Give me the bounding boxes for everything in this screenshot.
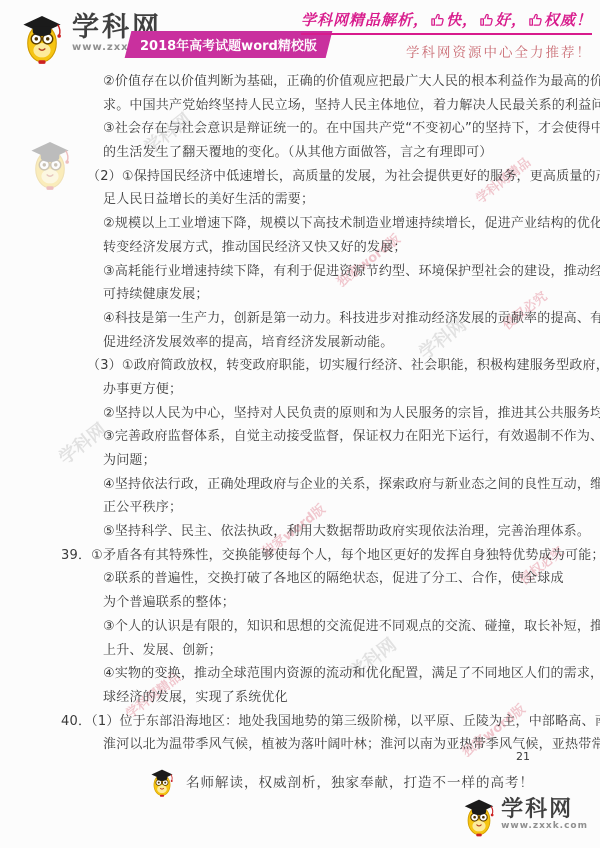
text-line: 40．（1）位于东部沿海地区：地处我国地势的第三级阶梯，以平原、丘陵为主，中部略… (61, 710, 600, 734)
answer-lines: ②价值存在以价值判断为基础，正确的价值观应把最广大人民的根本利益作为最高的价值追… (0, 70, 600, 757)
slogan-text-4: 权威！ (544, 9, 592, 30)
document-page: 学科网 www.zxxk.com 2018年高考试题word精校版 学科网精品解… (0, 0, 600, 848)
text-line: 的生活发生了翻天覆地的变化。（从其他方面做答，言之有理即可） (103, 141, 600, 165)
header-slogan-line: 学科网精品解析， 快， 好， 权威！ (301, 9, 592, 35)
text-line: ②规模以上工业增速下降，规模以下高技术制造业增速持续增长，促进产业结构的优化升级… (103, 212, 600, 236)
page-number: 21 (516, 750, 530, 763)
text-line: 为问题； (103, 449, 600, 473)
text-line: 促进经济发展效率的提高，培育经济发展新动能。 (103, 331, 600, 355)
text-line: ③社会存在与社会意识是辩证统一的。在中国共产党“不变初心”的坚持下，才会使得中国… (103, 117, 600, 141)
edition-banner-label: 2018年高考试题word精校版 (140, 35, 317, 54)
text-line: ②联系的普遍性，交换打破了各地区的隔绝状态，促进了分工、合作，使全球成 (103, 567, 600, 591)
text-line: ③个人的认识是有限的，知识和思想的交流促进不同观点的交流、碰撞，取长补短，推动认… (103, 615, 600, 639)
slogan-text-3: 好， (495, 9, 527, 30)
text-line: ③完善政府监督体系，自觉主动接受监督，保证权力在阳光下运行，有效遏制不作为、乱作 (103, 425, 600, 449)
slogan-text-1: 学科网精品解析， (301, 9, 429, 30)
zxxk-logo-name: 学科网 (501, 798, 588, 821)
text-line: 转变经济发展方式，推动国民经济又快又好的发展； (103, 236, 600, 260)
text-line: 正公平秩序； (103, 496, 600, 520)
footer-slogan: 名师解读，权威剖析，独家奉献，打造不一样的高考！ (186, 771, 534, 791)
zxxk-logo-url: www.zxxk.com (501, 821, 588, 831)
zxxk-mascot-icon (148, 764, 176, 798)
text-line: 足人民日益增长的美好生活的需要； (103, 188, 600, 212)
zxxk-mascot-icon (460, 792, 498, 838)
text-line: ⑤坚持科学、民主、依法执政，利用大数据帮助政府实现依法治理，完善治理体系。 (103, 520, 600, 544)
text-line: ④实物的变换，推动全球范围内资源的流动和优化配置，满足了不同地区人们的需求，带动… (103, 662, 600, 686)
header-subslogan: 学科网资源中心全力推荐！ (301, 41, 592, 61)
zxxk-logo-footer: 学科网 www.zxxk.com (460, 792, 588, 838)
thumbs-up-icon (528, 12, 543, 27)
zxxk-mascot-icon (16, 6, 68, 66)
text-line: ②价值存在以价值判断为基础，正确的价值观应把最广大人民的根本利益作为最高的价值追 (103, 70, 600, 94)
slogan-text-2: 快， (446, 9, 478, 30)
text-line: （3）①政府简政放权，转变政府职能，切实履行经济、社会职能，积极构建服务型政府，… (87, 354, 600, 378)
text-line: ③高耗能行业增速持续下降，有利于促进资源节约型、环境保护型社会的建设，推动经济的 (103, 260, 600, 284)
thumbs-up-icon (479, 12, 494, 27)
text-line: 为个普遍联系的整体； (103, 591, 600, 615)
text-line: 球经济的发展，实现了系统优化 (103, 686, 600, 710)
thumbs-up-icon (430, 12, 445, 27)
text-line: 39．①矛盾各有其特殊性，交换能够使每个人，每个地区更好的发挥自身独特优势成为可… (61, 544, 600, 568)
text-line: 办事更方便； (103, 378, 600, 402)
text-line: ④科技是第一生产力，创新是第一动力。科技进步对推动经济发展的贡献率的提高、有助于 (103, 307, 600, 331)
text-line: 可持续健康发展； (103, 283, 600, 307)
header-slogan-block: 学科网精品解析， 快， 好， 权威！ 学科网资源中心全力推荐！ (301, 9, 592, 61)
text-line: 求。中国共产党始终坚持人民立场，坚持人民主体地位，着力解决人民最关系的利益问题； (103, 94, 600, 118)
text-line: 上升、发展、创新； (103, 639, 600, 663)
text-line: ②坚持以人民为中心，坚持对人民负责的原则和为人民服务的宗旨，推进其公共服务均等化… (103, 402, 600, 426)
text-line: （2）①保持国民经济中低速增长，高质量的发展，为社会提供更好的服务，更高质量的产… (87, 165, 600, 189)
text-line: ④坚持依法行政，正确处理政府与企业的关系，探索政府与新业态之间的良性互动，维护公 (103, 473, 600, 497)
